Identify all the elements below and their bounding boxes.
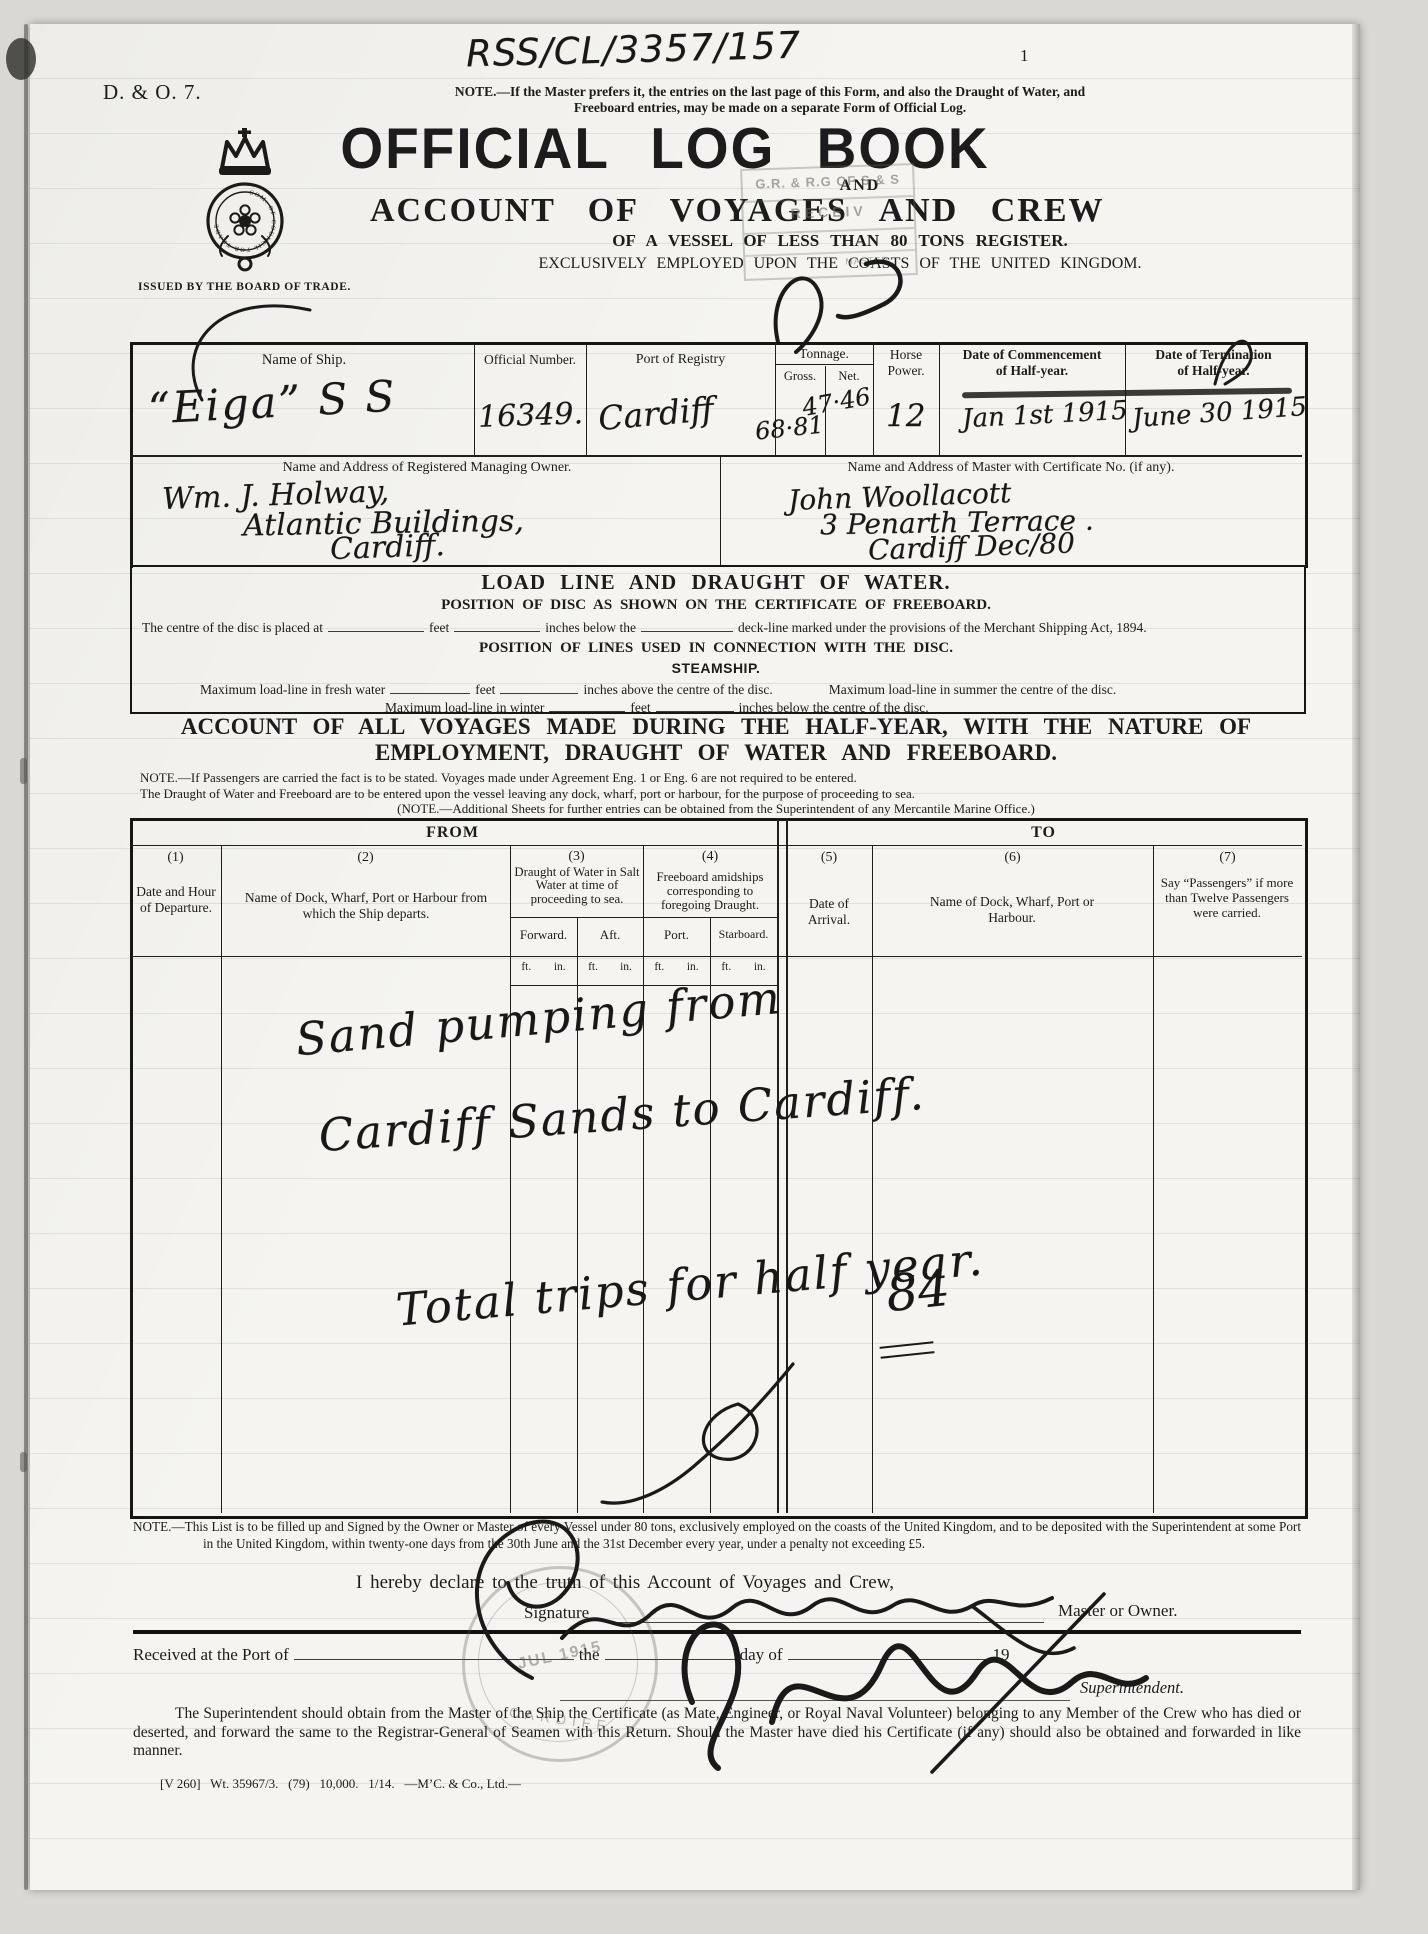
scan-mark xyxy=(20,1452,27,1472)
col1-label: Date and Hour of Departure. xyxy=(134,884,218,916)
col3-num: (3) xyxy=(510,849,643,865)
page-title: OFFICIAL LOG BOOK xyxy=(200,115,1130,182)
to-label: TO xyxy=(785,824,1302,842)
col2-label: Name of Dock, Wharf, Port or Harbour fro… xyxy=(241,890,491,922)
disc-position-line: The centre of the disc is placed atfeeti… xyxy=(142,618,1147,636)
col4-sub-starboard: Starboard. xyxy=(710,927,777,942)
disc-a: The centre of the disc is placed at xyxy=(142,620,323,635)
scan-blob xyxy=(6,38,36,80)
col7-num: (7) xyxy=(1153,850,1302,866)
col4-sub-port: Port. xyxy=(643,927,710,943)
form-code: D. & O. 7. xyxy=(103,80,202,105)
superintendent-instructions: The Superintendent should obtain from th… xyxy=(133,1705,1301,1761)
account-heading-1: ACCOUNT OF ALL VOYAGES MADE DURING THE H… xyxy=(130,714,1302,740)
account-note-1: NOTE.—If Passengers are carried the fact… xyxy=(140,770,857,786)
ft-in-port: ft.in. xyxy=(643,961,710,973)
winter-b: feet xyxy=(630,700,650,715)
header-gross: Gross. xyxy=(775,369,825,384)
col3-label: Draught of Water in Salt Water at time o… xyxy=(514,866,640,906)
header-horse-power-1: Horse xyxy=(873,347,939,363)
stamp-line1: G.R. & R.G OF S & S xyxy=(742,171,912,192)
col2-num: (2) xyxy=(221,850,510,866)
entry-total-trips: 84 xyxy=(883,1259,952,1323)
header-horse-power-2: Power. xyxy=(873,363,939,379)
disc-c: inches below the xyxy=(545,620,636,635)
from-label: FROM xyxy=(130,824,775,842)
value-official-number: 16349. xyxy=(477,396,583,435)
in-label: in. xyxy=(687,961,699,973)
owner-header: Name and Address of Registered Managing … xyxy=(134,460,720,476)
account-note-2: The Draught of Water and Freeboard are t… xyxy=(140,786,915,802)
received-a: Received at the Port of xyxy=(133,1645,289,1664)
load-line-subtitle: POSITION OF DISC AS SHOWN ON THE CERTIFI… xyxy=(130,597,1302,614)
load-line-title: LOAD LINE AND DRAUGHT OF WATER. xyxy=(130,570,1302,595)
col5-num: (5) xyxy=(786,850,872,866)
winter-c: inches below the centre of the disc. xyxy=(739,700,929,715)
scan-mark xyxy=(20,758,27,784)
header-tonnage: Tonnage. xyxy=(775,346,873,362)
col6-label: Name of Dock, Wharf, Port or Harbour. xyxy=(922,894,1102,926)
col1-num: (1) xyxy=(130,850,221,866)
disc-b: feet xyxy=(429,620,449,635)
account-heading-2: EMPLOYMENT, DRAUGHT OF WATER AND FREEBOA… xyxy=(130,740,1302,766)
lines-position-title: POSITION OF LINES USED IN CONNECTION WIT… xyxy=(130,640,1302,657)
header-port-of-registry: Port of Registry xyxy=(586,352,775,368)
master-note-line1: NOTE.—If the Master prefers it, the entr… xyxy=(400,84,1140,100)
archive-reference-handwriting: RSS/CL/3357/157 xyxy=(465,24,801,76)
disc-d: deck-line marked under the provisions of… xyxy=(738,620,1147,635)
page-subtitle: ACCOUNT OF VOYAGES AND CREW xyxy=(370,192,1100,230)
fresh-a: Maximum load-line in fresh water xyxy=(200,682,385,697)
ink-tick xyxy=(1205,322,1265,394)
in-label: in. xyxy=(554,961,566,973)
board-of-trade-crest-icon: COM. OF COUNCIL FOR TRADE xyxy=(198,128,292,278)
page-number: 1 xyxy=(1020,46,1029,66)
col3-sub-forward: Forward. xyxy=(510,927,577,943)
owner-line3: Cardiff. xyxy=(329,528,445,567)
fresh-c: inches above the centre of the disc. xyxy=(583,682,772,697)
header-commencement-2: of Half-year. xyxy=(939,363,1125,379)
master-note-line2: Freeboard entries, may be made on a sepa… xyxy=(400,100,1140,116)
fresh-d: Maximum load-line in summer the centre o… xyxy=(829,682,1117,697)
col6-num: (6) xyxy=(872,850,1153,866)
winter-a: Maximum load-line in winter xyxy=(385,700,544,715)
paper-right-shadow xyxy=(1352,24,1360,1890)
scanned-log-book-page: RSS/CL/3357/157 1 D. & O. 7. NOTE.—If th… xyxy=(0,0,1428,1934)
fresh-water-line: Maximum load-line in fresh waterfeetinch… xyxy=(200,680,1116,698)
steamship-label: STEAMSHIP. xyxy=(130,660,1302,676)
col7-label: Say “Passengers” if more than Twelve Pas… xyxy=(1160,876,1294,921)
header-commencement-1: Date of Commencement xyxy=(939,347,1125,363)
col4-label: Freeboard amidships corresponding to for… xyxy=(647,870,773,912)
ft-label: ft. xyxy=(521,961,531,973)
value-horse-power: 12 xyxy=(886,398,925,434)
ft-label: ft. xyxy=(721,961,731,973)
ft-in-aft: ft.in. xyxy=(577,961,643,973)
master-header: Name and Address of Master with Certific… xyxy=(720,460,1302,476)
stamp-line2: RECEIV xyxy=(743,201,913,223)
header-official-number: Official Number. xyxy=(474,352,586,368)
col3-sub-aft: Aft. xyxy=(577,927,643,943)
col4-num: (4) xyxy=(643,849,777,865)
print-code: [V 260] Wt. 35967/3. (79) 10,000. 1/14. … xyxy=(160,1776,521,1792)
account-note-3: (NOTE.—Additional Sheets for further ent… xyxy=(130,801,1302,817)
scan-left-edge xyxy=(24,24,28,1890)
col5-label: Date of Arrival. xyxy=(790,896,868,928)
in-label: in. xyxy=(620,961,632,973)
ft-label: ft. xyxy=(588,961,598,973)
fresh-b: feet xyxy=(475,682,495,697)
ink-flourish-table xyxy=(578,1352,818,1522)
ft-label: ft. xyxy=(654,961,664,973)
ft-in-forward: ft.in. xyxy=(510,961,577,973)
